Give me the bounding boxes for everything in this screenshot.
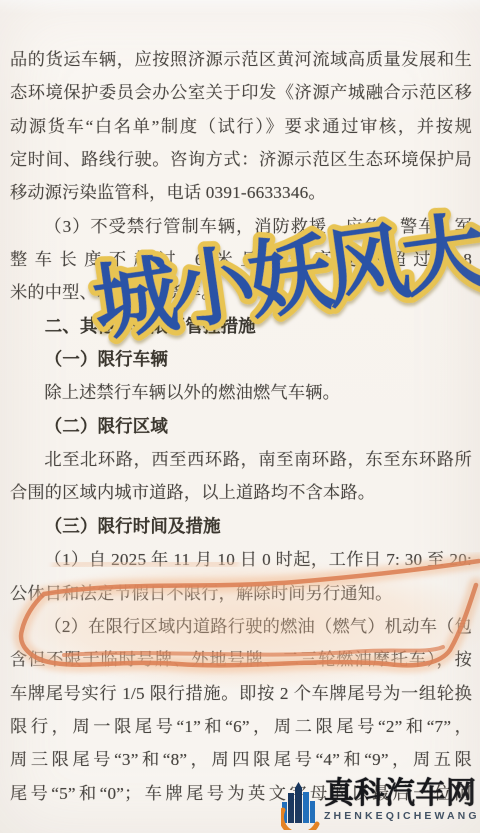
text-line: 限行，周一限尾号“1”和“6”，周二限尾号“2”和“7”， — [10, 710, 472, 743]
buildings-logo-icon — [281, 780, 321, 830]
document-photo: 品的货运车辆，应按照济源示范区黄河流域高质量发展和生 态环境保护委员会办公室关于… — [0, 0, 480, 833]
text-line: 合围的区域内城市道路，以上道路均不含本路。 — [10, 476, 472, 509]
text-line: 公休日和法定节假日不限行，解除时间另行通知。 — [10, 577, 472, 610]
text-line: 定时间、路线行驶。咨询方式：济源示范区生态环境保护局 — [10, 143, 472, 176]
watermark-text: 城小妖风大 — [87, 203, 480, 351]
text-line: 动源货车“白名单”制度（试行）》要求通过审核，并按规 — [10, 110, 472, 143]
text-line: 含但不限于临时号牌、外地号牌、二三轮燃油摩托车），按 — [10, 643, 472, 676]
site-logo-title: 真科汽车网 — [324, 778, 480, 809]
text-line: （2）在限行区域内道路行驶的燃油（燃气）机动车（包 — [10, 610, 472, 643]
text-line: 周三限尾号“3”和“8”，周四限尾号“4”和“9”，周五限 — [10, 743, 472, 776]
text-line: 北至北环路，西至西环路，南至南环路，东至东环路所 — [10, 443, 472, 476]
site-logo: 真科汽车网 ZHENKEQICHEWANG — [281, 778, 480, 830]
site-logo-subtitle: ZHENKEQICHEWANG — [324, 810, 480, 822]
sub-heading: （三）限行时间及措施 — [10, 510, 472, 543]
text-line: 车牌尾号实行 1/5 限行措施。即按 2 个车牌尾号为一组轮换 — [10, 677, 472, 710]
text-line: （1）自 2025 年 11 月 10 日 0 时起，工作日 7: 30 至 2… — [10, 543, 472, 576]
document-text: 品的货运车辆，应按照济源示范区黄河流域高质量发展和生 态环境保护委员会办公室关于… — [10, 43, 472, 810]
text-line: 品的货运车辆，应按照济源示范区黄河流域高质量发展和生 — [10, 43, 472, 76]
text-line: 除上述禁行车辆以外的燃油燃气车辆。 — [10, 376, 472, 409]
sub-heading: （二）限行区域 — [10, 410, 472, 443]
text-line: 态环境保护委员会办公室关于印发《济源产城融合示范区移 — [10, 76, 472, 109]
